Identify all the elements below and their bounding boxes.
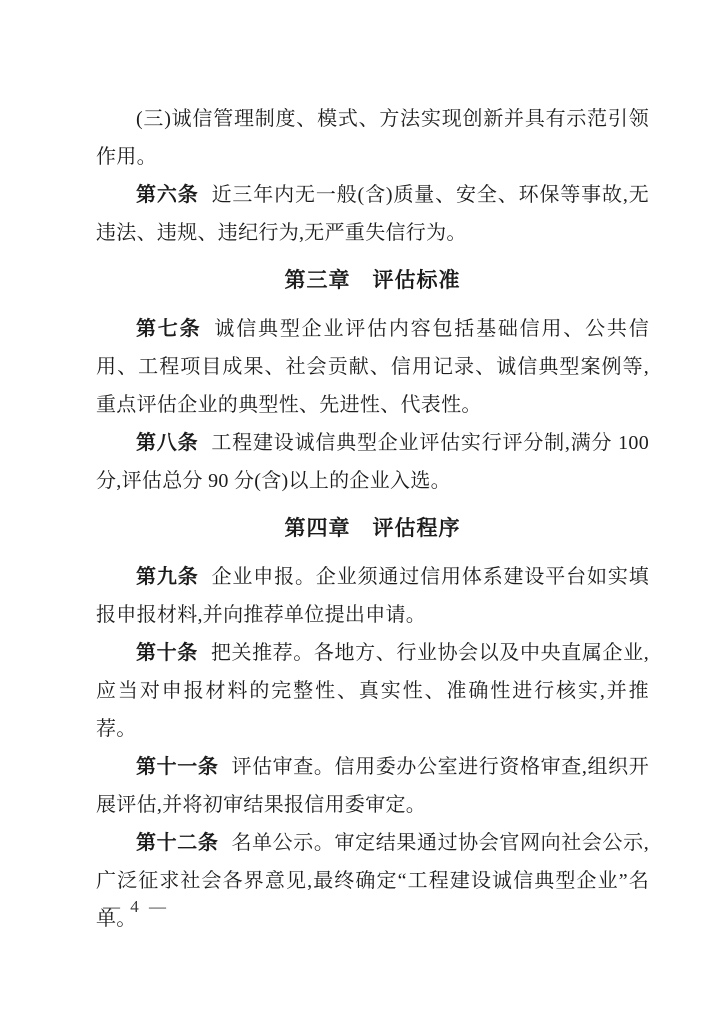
- paragraph-text: (三)诚信管理制度、模式、方法实现创新并具有示范引领作用。: [96, 108, 649, 168]
- article-number: 第十一条: [136, 756, 218, 778]
- paragraph-article-10: 第十条把关推荐。各地方、行业协会以及中央直属企业,应当对申报材料的完整性、真实性…: [96, 634, 649, 748]
- paragraph-article-11: 第十一条评估审查。信用委办公室进行资格审查,组织开展评估,并将初审结果报信用委审…: [96, 748, 649, 824]
- chapter-heading-4: 第四章 评估程序: [96, 510, 649, 548]
- article-number: 第十二条: [136, 832, 218, 854]
- chapter-heading-3: 第三章 评估标准: [96, 262, 649, 300]
- article-number: 第十条: [136, 642, 198, 664]
- paragraph-article-7: 第七条诚信典型企业评估内容包括基础信用、公共信用、工程项目成果、社会贡献、信用记…: [96, 310, 649, 424]
- document-page: (三)诚信管理制度、模式、方法实现创新并具有示范引领作用。 第六条近三年内无一般…: [0, 0, 723, 1024]
- article-number: 第九条: [136, 566, 199, 588]
- article-number: 第八条: [136, 432, 198, 454]
- paragraph-item-3: (三)诚信管理制度、模式、方法实现创新并具有示范引领作用。: [96, 100, 649, 176]
- article-number: 第七条: [136, 318, 201, 340]
- page-number: — 4 —: [103, 895, 169, 919]
- paragraph-article-6: 第六条近三年内无一般(含)质量、安全、环保等事故,无违法、违规、违纪行为,无严重…: [96, 176, 649, 252]
- paragraph-article-12: 第十二条名单公示。审定结果通过协会官网向社会公示,广泛征求社会各界意见,最终确定…: [96, 824, 649, 938]
- article-number: 第六条: [136, 184, 199, 206]
- document-body: (三)诚信管理制度、模式、方法实现创新并具有示范引领作用。 第六条近三年内无一般…: [96, 100, 649, 938]
- paragraph-article-9: 第九条企业申报。企业须通过信用体系建设平台如实填报申报材料,并向推荐单位提出申请…: [96, 558, 649, 634]
- paragraph-article-8: 第八条工程建设诚信典型企业评估实行评分制,满分 100 分,评估总分 90 分(…: [96, 424, 649, 500]
